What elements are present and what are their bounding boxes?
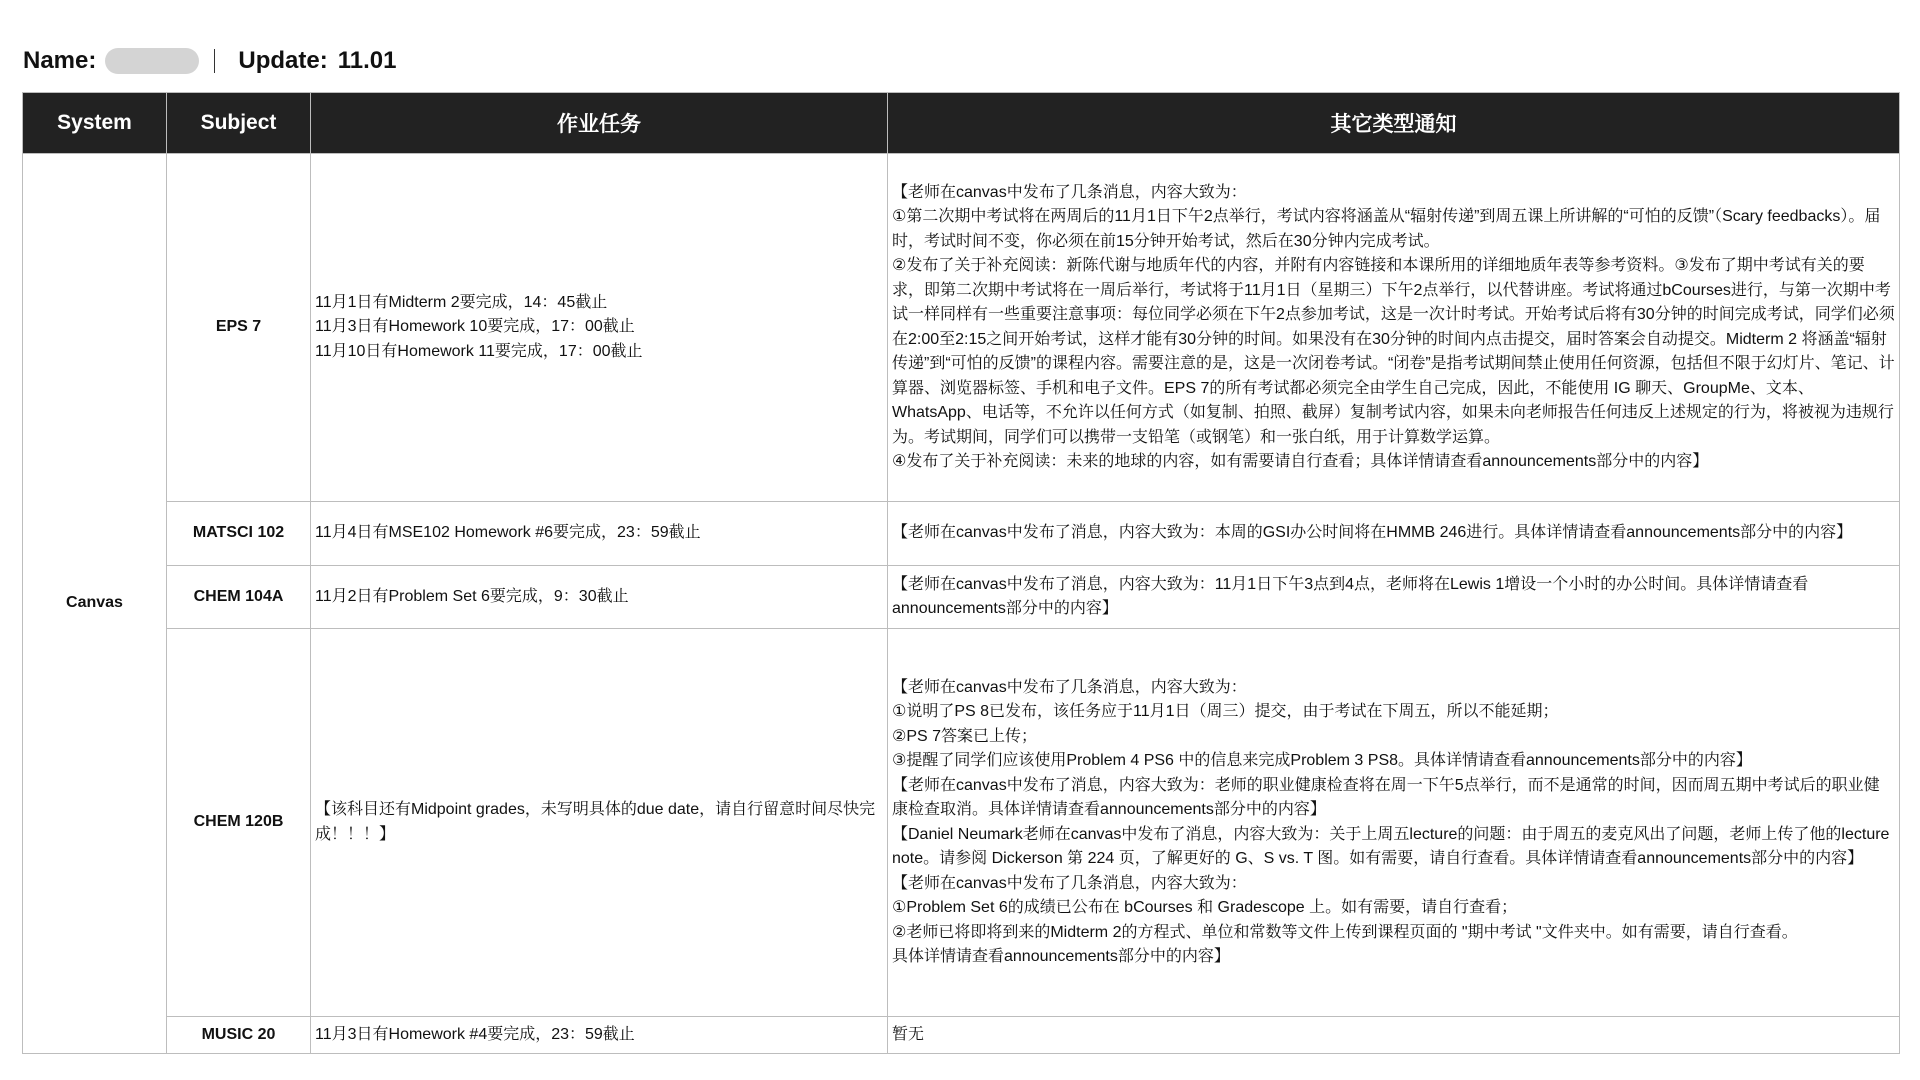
homework-cell: 【该科目还有Midpoint grades，未写明具体的due date，请自行… [311, 629, 888, 1017]
notice-cell: 【老师在canvas中发布了消息，内容大致为：本周的GSI办公时间将在HMMB … [888, 502, 1900, 566]
notice-line: 【老师在canvas中发布了几条消息，内容大致为： [892, 181, 1895, 206]
notice-line: ①第二次期中考试将在两周后的11月1日下午2点举行，考试内容将涵盖从“辐射传递”… [892, 205, 1895, 254]
notice-line: 【老师在canvas中发布了消息，内容大致为：老师的职业健康检查将在周一下午5点… [892, 774, 1895, 823]
table-row: CHEM 104A 11月2日有Problem Set 6要完成，9：30截止 … [23, 566, 1900, 629]
homework-item: 【该科目还有Midpoint grades，未写明具体的due date，请自行… [315, 798, 883, 847]
notice-cell: 暂无 [888, 1017, 1900, 1054]
homework-cell: 11月1日有Midterm 2要完成，14：45截止 11月3日有Homewor… [311, 154, 888, 502]
task-table: System Subject 作业任务 其它类型通知 Canvas EPS 7 … [22, 92, 1900, 1054]
homework-item: 11月4日有MSE102 Homework #6要完成，23：59截止 [315, 521, 883, 546]
notice-line: 暂无 [892, 1023, 1895, 1048]
notice-cell: 【老师在canvas中发布了消息，内容大致为：11月1日下午3点到4点，老师将在… [888, 566, 1900, 629]
update-label: Update: [238, 47, 327, 75]
column-header-subject: Subject [167, 93, 311, 154]
homework-item: 11月10日有Homework 11要完成，17：00截止 [315, 340, 883, 365]
homework-item: 11月3日有Homework #4要完成，23：59截止 [315, 1023, 883, 1048]
notice-line: ④发布了关于补充阅读：未来的地球的内容，如有需要请自行查看；具体详情请查看ann… [892, 450, 1895, 475]
notice-line: ①说明了PS 8已发布，该任务应于11月1日（周三）提交，由于考试在下周五，所以… [892, 700, 1895, 725]
notice-line: 【老师在canvas中发布了消息，内容大致为：11月1日下午3点到4点，老师将在… [892, 573, 1895, 622]
column-header-notices: 其它类型通知 [888, 93, 1900, 154]
notice-cell: 【老师在canvas中发布了几条消息，内容大致为： ①说明了PS 8已发布，该任… [888, 629, 1900, 1017]
table-row: MUSIC 20 11月3日有Homework #4要完成，23：59截止 暂无 [23, 1017, 1900, 1054]
name-label: Name: [23, 47, 96, 75]
subject-cell: EPS 7 [167, 154, 311, 502]
system-cell: Canvas [23, 154, 167, 1054]
homework-cell: 11月2日有Problem Set 6要完成，9：30截止 [311, 566, 888, 629]
notice-line: ②PS 7答案已上传； [892, 725, 1895, 750]
notice-line: 【老师在canvas中发布了消息，内容大致为：本周的GSI办公时间将在HMMB … [892, 521, 1895, 546]
subject-cell: CHEM 104A [167, 566, 311, 629]
table-row: Canvas EPS 7 11月1日有Midterm 2要完成，14：45截止 … [23, 154, 1900, 502]
notice-line: ③提醒了同学们应该使用Problem 4 PS6 中的信息来完成Problem … [892, 749, 1895, 774]
info-bar: Name: Update: 11.01 [23, 46, 396, 76]
notice-line: ②老师已将即将到来的Midterm 2的方程式、单位和常数等文件上传到课程页面的… [892, 921, 1895, 946]
notice-cell: 【老师在canvas中发布了几条消息，内容大致为： ①第二次期中考试将在两周后的… [888, 154, 1900, 502]
name-redacted-pill [105, 48, 199, 74]
homework-item: 11月2日有Problem Set 6要完成，9：30截止 [315, 585, 883, 610]
table-row: CHEM 120B 【该科目还有Midpoint grades，未写明具体的du… [23, 629, 1900, 1017]
column-header-homework: 作业任务 [311, 93, 888, 154]
subject-cell: MATSCI 102 [167, 502, 311, 566]
homework-item: 11月3日有Homework 10要完成，17：00截止 [315, 315, 883, 340]
notice-line: 【老师在canvas中发布了几条消息，内容大致为： [892, 676, 1895, 701]
column-header-system: System [23, 93, 167, 154]
homework-item: 11月1日有Midterm 2要完成，14：45截止 [315, 291, 883, 316]
divider [214, 49, 215, 73]
notice-line: ①Problem Set 6的成绩已公布在 bCourses 和 Gradesc… [892, 896, 1895, 921]
homework-cell: 11月3日有Homework #4要完成，23：59截止 [311, 1017, 888, 1054]
homework-cell: 11月4日有MSE102 Homework #6要完成，23：59截止 [311, 502, 888, 566]
notice-line: 【老师在canvas中发布了几条消息，内容大致为： [892, 872, 1895, 897]
notice-line: ②发布了关于补充阅读：新陈代谢与地质年代的内容，并附有内容链接和本课所用的详细地… [892, 254, 1895, 450]
subject-cell: CHEM 120B [167, 629, 311, 1017]
notice-line: 【Daniel Neumark老师在canvas中发布了消息，内容大致为：关于上… [892, 823, 1895, 872]
table-header-row: System Subject 作业任务 其它类型通知 [23, 93, 1900, 154]
table-row: MATSCI 102 11月4日有MSE102 Homework #6要完成，2… [23, 502, 1900, 566]
notice-line: 具体详情请查看announcements部分中的内容】 [892, 945, 1895, 970]
update-value: 11.01 [338, 47, 397, 75]
page: Name: Update: 11.01 System Subject 作业任务 … [0, 0, 1920, 1080]
subject-cell: MUSIC 20 [167, 1017, 311, 1054]
